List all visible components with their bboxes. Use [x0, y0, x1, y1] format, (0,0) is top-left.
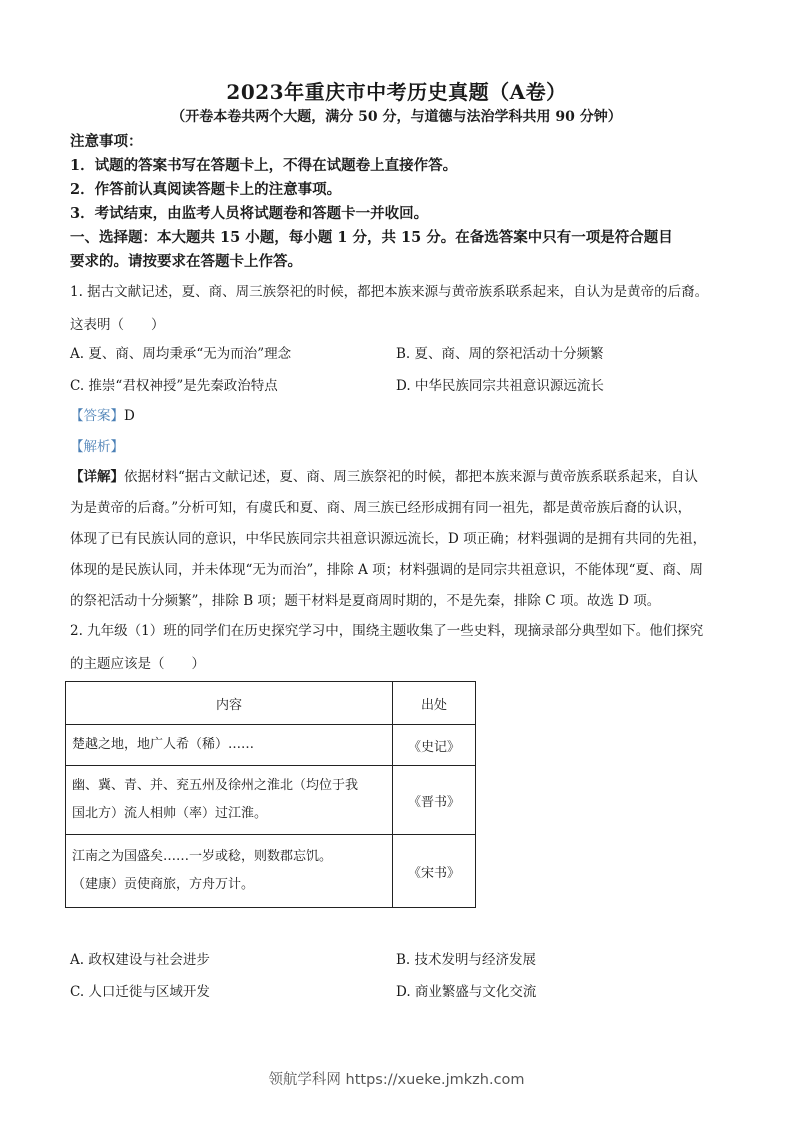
notice-item: 2．作答前认真阅读答题卡上的注意事项。 [70, 178, 730, 202]
table-cell-content: 楚越之地，地广人希（稀）…… [66, 725, 393, 766]
question-1-stem: 1. 据古文献记述，夏、商、周三族祭祀的时候，都把本族来源与黄帝族系联系起来，自… [70, 276, 728, 342]
analysis-label: 【解析】 [70, 437, 124, 457]
table-row: 江南之为国盛矣……一岁或稔，则数郡忘饥。 （建康）贡使商旅，方舟万计。 《宋书》 [66, 835, 476, 908]
table-cell-source: 《晋书》 [393, 766, 476, 835]
option-b: B. 夏、商、周的祭祀活动十分频繁 [396, 338, 722, 370]
option-c: C. 人口迁徙与区域开发 [70, 976, 396, 1008]
table-cell-source: 《宋书》 [393, 835, 476, 908]
exam-page: 2023年重庆市中考历史真题（A卷） （开卷本卷共两个大题，满分 50 分，与道… [0, 0, 793, 1122]
question-1-options: A. 夏、商、周均秉承“无为而治”理念 B. 夏、商、周的祭祀活动十分频繁 C.… [70, 338, 730, 402]
page-subtitle: （开卷本卷共两个大题，满分 50 分，与道德与法治学科共用 90 分钟） [0, 106, 793, 126]
table-cell-content: 幽、冀、青、并、兖五州及徐州之淮北（均位于我 国北方）流人相帅（率）过江淮。 [66, 766, 393, 835]
notice-block: 注意事项： 1．试题的答案书写在答题卡上，不得在试题卷上直接作答。 2．作答前认… [70, 130, 730, 274]
table-cell-content: 江南之为国盛矣……一岁或稔，则数郡忘饥。 （建康）贡使商旅，方舟万计。 [66, 835, 393, 908]
table-header-source: 出处 [393, 682, 476, 725]
detail-text: 依据材料“据古文献记述，夏、商、周三族祭祀的时候，都把本族来源与黄帝族系联系起来… [124, 469, 698, 485]
option-b: B. 技术发明与经济发展 [396, 944, 722, 976]
section-heading: 一、选择题：本大题共 15 小题，每小题 1 分，共 15 分。在备选答案中只有… [70, 226, 730, 250]
option-a: A. 政权建设与社会进步 [70, 944, 396, 976]
section-heading: 要求的。请按要求在答题卡上作答。 [70, 250, 730, 274]
question-text: 2. 九年级（1）班的同学们在历史探究学习中，围绕主题收集了一些史料，现摘录部分… [70, 615, 728, 648]
detail-text: 体现了已有民族认同的意识，中华民族同宗共祖意识源远流长，D 项正确；材料强调的是… [70, 524, 730, 555]
source-table: 内容 出处 楚越之地，地广人希（稀）…… 《史记》 幽、冀、青、并、兖五州及徐州… [65, 681, 476, 908]
question-2-options: A. 政权建设与社会进步 B. 技术发明与经济发展 C. 人口迁徙与区域开发 D… [70, 944, 730, 1008]
table-cell-source: 《史记》 [393, 725, 476, 766]
notice-item: 1．试题的答案书写在答题卡上，不得在试题卷上直接作答。 [70, 154, 730, 178]
detail-text: 的祭祀活动十分频繁”，排除 B 项；题干材料是夏商周时期的，不是先秦，排除 C … [70, 586, 730, 617]
table-header-content: 内容 [66, 682, 393, 725]
answer-value: D [124, 408, 135, 424]
page-title: 2023年重庆市中考历史真题（A卷） [0, 76, 793, 105]
table-row: 楚越之地，地广人希（稀）…… 《史记》 [66, 725, 476, 766]
question-1-explanation: 【详解】依据材料“据古文献记述，夏、商、周三族祭祀的时候，都把本族来源与黄帝族系… [70, 462, 730, 617]
option-d: D. 商业繁盛与文化交流 [396, 976, 722, 1008]
table-row: 幽、冀、青、并、兖五州及徐州之淮北（均位于我 国北方）流人相帅（率）过江淮。 《… [66, 766, 476, 835]
detail-label: 【详解】 [70, 469, 124, 485]
option-c: C. 推崇“君权神授”是先秦政治特点 [70, 370, 396, 402]
question-text: 的主题应该是（ ） [70, 648, 728, 681]
footer-watermark: 领航学科网 https://xueke.jmkzh.com [0, 1068, 793, 1089]
detail-text: 体现的是民族认同，并未体现“无为而治”，排除 A 项；材料强调的是同宗共祖意识，… [70, 555, 730, 586]
notice-item: 3．考试结束，由监考人员将试题卷和答题卡一并收回。 [70, 202, 730, 226]
answer-label: 【答案】 [70, 408, 124, 424]
option-d: D. 中华民族同宗共祖意识源远流长 [396, 370, 722, 402]
question-text: 1. 据古文献记述，夏、商、周三族祭祀的时候，都把本族来源与黄帝族系联系起来，自… [70, 276, 728, 309]
answer-line: 【答案】D [70, 406, 135, 426]
notice-heading: 注意事项： [70, 130, 730, 154]
question-2-stem: 2. 九年级（1）班的同学们在历史探究学习中，围绕主题收集了一些史料，现摘录部分… [70, 615, 728, 681]
option-a: A. 夏、商、周均秉承“无为而治”理念 [70, 338, 396, 370]
detail-text: 为是黄帝的后裔。”分析可知，有虞氏和夏、商、周三族已经形成拥有同一祖先，都是黄帝… [70, 493, 730, 524]
